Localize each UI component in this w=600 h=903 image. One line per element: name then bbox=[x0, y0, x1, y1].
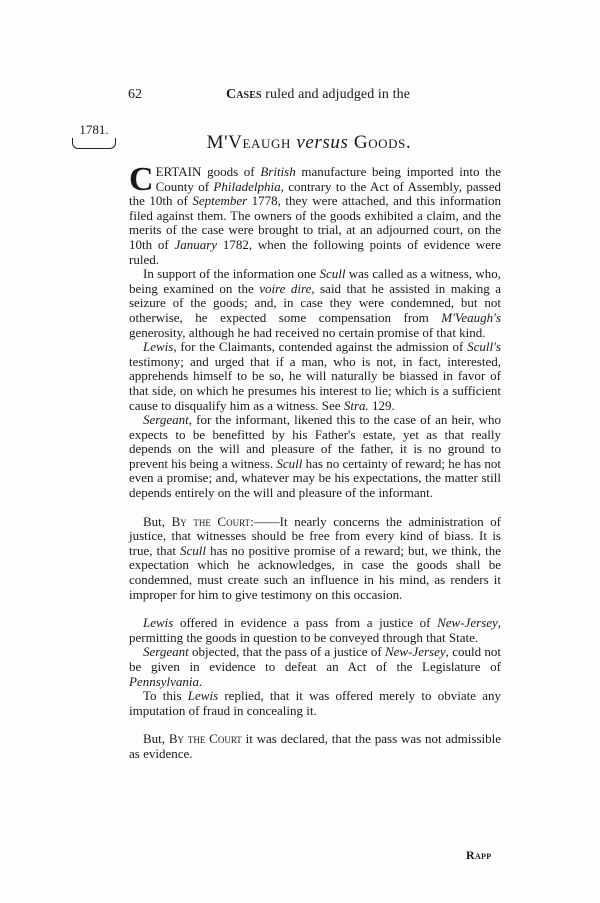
smallcaps-text: By the Court bbox=[172, 514, 250, 529]
paragraph-sergeant-objection: Sergeant objected, that the pass of a ju… bbox=[129, 645, 501, 689]
text: , for the Claimants, contended against t… bbox=[173, 339, 467, 354]
italic-text: New-Jersey bbox=[385, 644, 446, 659]
italic-text: Lewis bbox=[188, 688, 218, 703]
paragraph-lewis-reply: To this Lewis replied, that it was offer… bbox=[129, 689, 501, 718]
paragraph-facts: CERTAIN goods of British manufacture bei… bbox=[129, 165, 501, 267]
italic-text: M'Veaugh's bbox=[441, 310, 501, 325]
page-number: 62 bbox=[128, 87, 188, 103]
paragraph-lewis-argument: Lewis, for the Claimants, contended agai… bbox=[129, 340, 501, 413]
running-head: 62 Cases ruled and adjudged in the bbox=[128, 87, 428, 103]
text: ERTAIN goods of bbox=[156, 164, 261, 179]
text: generosity, although he had received no … bbox=[129, 325, 486, 340]
case-plaintiff: M'Veaugh bbox=[207, 132, 291, 153]
italic-text: New-Jersey bbox=[437, 615, 498, 630]
italic-text: voire dire bbox=[259, 281, 311, 296]
case-defendant: Goods. bbox=[354, 132, 411, 153]
text: testimony; and urged that if a man, who … bbox=[129, 354, 501, 413]
text: But, bbox=[143, 514, 172, 529]
italic-text: Scull bbox=[180, 543, 206, 558]
italic-text: Lewis bbox=[143, 615, 173, 630]
drop-cap: C bbox=[129, 166, 154, 194]
italic-text: Philadelphia bbox=[213, 179, 280, 194]
italic-text: Scull's bbox=[467, 339, 501, 354]
italic-text: Pennsylvania bbox=[129, 674, 199, 689]
text: offered in evidence a pass from a justic… bbox=[173, 615, 437, 630]
paragraph-lewis-pass: Lewis offered in evidence a pass from a … bbox=[129, 616, 501, 645]
paragraph-court-ruling-1: But, By the Court:——It nearly concerns t… bbox=[129, 515, 501, 603]
paragraph-scull-witness: In support of the information one Scull … bbox=[129, 267, 501, 340]
case-title: M'Veaugh versus Goods. bbox=[0, 132, 600, 154]
italic-text: Stra. bbox=[344, 398, 369, 413]
running-title-smallcaps: Cases bbox=[226, 87, 262, 102]
catchword: Rapp bbox=[466, 848, 491, 863]
italic-text: Sergeant bbox=[143, 412, 189, 427]
italic-text: Scull bbox=[319, 266, 345, 281]
italic-text: Sergeant bbox=[143, 644, 189, 659]
smallcaps-text: By the Court bbox=[169, 731, 242, 746]
text: objected, that the pass of a justice of bbox=[189, 644, 385, 659]
italic-text: British bbox=[260, 164, 295, 179]
running-title-rest: ruled and adjudged in the bbox=[265, 87, 410, 102]
document-page: 62 Cases ruled and adjudged in the 1781.… bbox=[0, 0, 600, 903]
running-title: Cases ruled and adjudged in the bbox=[226, 87, 410, 103]
text: But, bbox=[143, 731, 169, 746]
text: 129. bbox=[369, 398, 395, 413]
paragraph-sergeant-argument: Sergeant, for the informant, likened thi… bbox=[129, 413, 501, 501]
text: In support of the information one bbox=[143, 266, 319, 281]
italic-text: Lewis bbox=[143, 339, 173, 354]
text: To this bbox=[143, 688, 188, 703]
italic-text: September bbox=[192, 193, 247, 208]
case-body: CERTAIN goods of British manufacture bei… bbox=[129, 165, 501, 762]
case-versus: versus bbox=[296, 132, 348, 153]
italic-text: Scull bbox=[276, 456, 302, 471]
paragraph-court-ruling-2: But, By the Court it was declared, that … bbox=[129, 732, 501, 761]
text: . bbox=[199, 674, 202, 689]
italic-text: January bbox=[174, 237, 217, 252]
